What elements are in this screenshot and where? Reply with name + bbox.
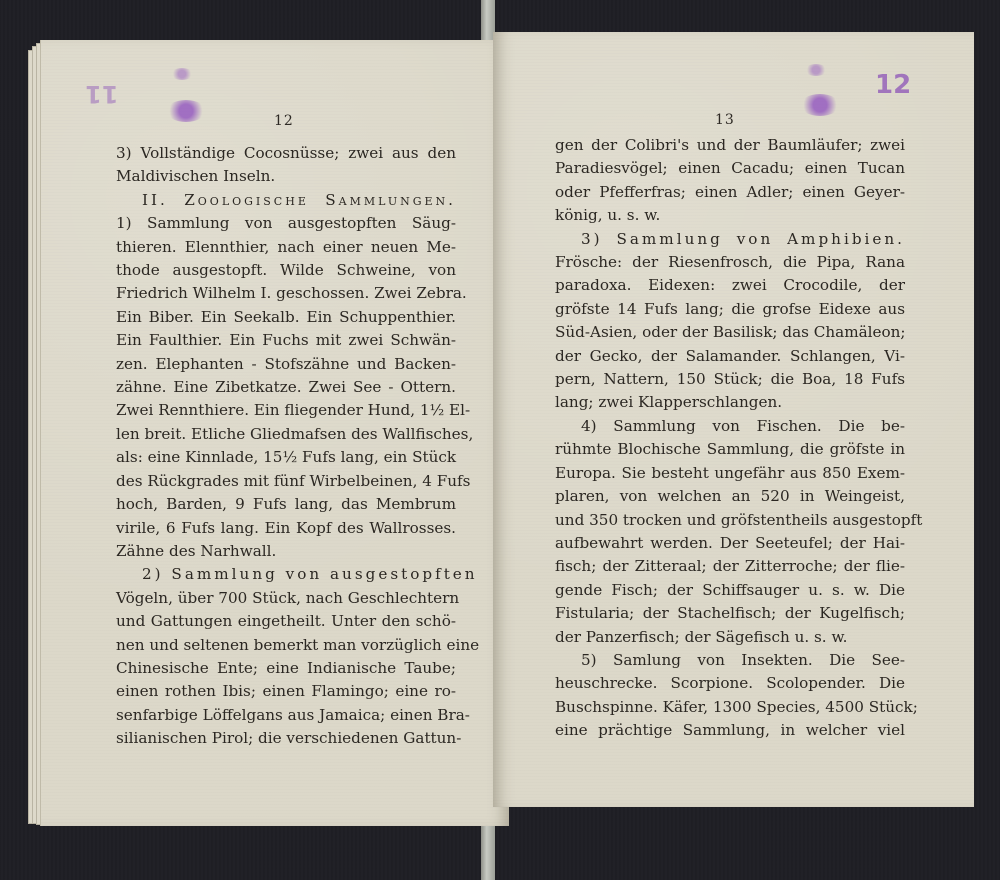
- text-line: rühmte Blochische Sammlung, die gröfste …: [555, 438, 905, 461]
- page-number-right: 13: [715, 112, 735, 128]
- text-line: silianischen Pirol; die verschiedenen Ga…: [116, 727, 456, 750]
- left-page: 11 12 3) Vollständige Cocosnüsse; zwei a…: [40, 40, 509, 826]
- text-line: Friedrich Wilhelm I. geschossen. Zwei Ze…: [116, 282, 456, 305]
- text-line: und 350 trocken und gröfstentheils ausge…: [555, 509, 905, 532]
- text-line: nen und seltenen bemerkt man vorzüglich …: [116, 634, 456, 657]
- text-line: einen rothen Ibis; einen Flamingo; eine …: [116, 680, 456, 703]
- text-line: gende Fisch; der Schiffsauger u. s. w. D…: [555, 579, 905, 602]
- text-line: 3) Sammlung von Amphibien.: [555, 228, 905, 251]
- text-line: 2) Sammlung von ausgestopften: [116, 563, 456, 586]
- page-number-left: 12: [274, 113, 294, 129]
- text-line: gröfste 14 Fufs lang; die grofse Eidexe …: [555, 298, 905, 321]
- text-line: Europa. Sie besteht ungefähr aus 850 Exe…: [555, 462, 905, 485]
- text-line: Ein Faulthier. Ein Fuchs mit zwei Schwän…: [116, 329, 456, 352]
- text-line: zähne. Eine Zibetkatze. Zwei See - Otter…: [116, 376, 456, 399]
- text-line: der Gecko, der Salamander. Schlangen, Vi…: [555, 345, 905, 368]
- section-heading: II. Zoologische Sammlungen.: [116, 189, 456, 212]
- text-line: 1) Sammlung von ausgestopften Säug-: [116, 212, 456, 235]
- ink-blot: [800, 94, 840, 116]
- text-line: virile, 6 Fufs lang. Ein Kopf des Wallro…: [116, 517, 456, 540]
- text-line: gen der Colibri's und der Baumläufer; zw…: [555, 134, 905, 157]
- text-line: paradoxa. Eidexen: zwei Crocodile, der: [555, 274, 905, 297]
- text-line: fisch; der Zitteraal; der Zitterroche; d…: [555, 555, 905, 578]
- text-line: Paradiesvögel; einen Cacadu; einen Tucan: [555, 157, 905, 180]
- text-line: Fistularia; der Stachelfisch; der Kugelf…: [555, 602, 905, 625]
- text-line: plaren, von welchen an 520 in Weingeist,: [555, 485, 905, 508]
- left-page-text: 3) Vollständige Cocosnüsse; zwei aus den…: [116, 142, 456, 751]
- text-line: Buschspinne. Käfer, 1300 Species, 4500 S…: [555, 696, 905, 719]
- text-line: Süd-Asien, oder der Basilisk; das Chamäl…: [555, 321, 905, 344]
- text-line: aufbewahrt werden. Der Seeteufel; der Ha…: [555, 532, 905, 555]
- text-line: 3) Vollständige Cocosnüsse; zwei aus den: [116, 142, 456, 165]
- text-line: Chinesische Ente; eine Indianische Taube…: [116, 657, 456, 680]
- text-line: len breit. Etliche Gliedmafsen des Wallf…: [116, 423, 456, 446]
- text-line: des Rückgrades mit fünf Wirbelbeinen, 4 …: [116, 470, 456, 493]
- text-line: senfarbige Löffelgans aus Jamaica; einen…: [116, 704, 456, 727]
- library-stamp-right: 12: [875, 70, 911, 100]
- text-line: thode ausgestopft. Wilde Schweine, von: [116, 259, 456, 282]
- right-page: 12 13 gen der Colibri's und der Baumläuf…: [493, 32, 974, 807]
- text-line: Ein Biber. Ein Seekalb. Ein Schuppenthie…: [116, 306, 456, 329]
- ink-blot: [171, 68, 193, 80]
- right-page-text: gen der Colibri's und der Baumläufer; zw…: [555, 134, 905, 743]
- text-line: eine prächtige Sammlung, in welcher viel: [555, 719, 905, 742]
- text-line: 5) Samlung von Insekten. Die See-: [555, 649, 905, 672]
- text-line: Zwei Rennthiere. Ein fliegender Hund, 1½…: [116, 399, 456, 422]
- library-stamp-left: 11: [85, 80, 118, 108]
- text-line: Frösche: der Riesenfrosch, die Pipa, Ran…: [555, 251, 905, 274]
- text-line: 4) Sammlung von Fischen. Die be-: [555, 415, 905, 438]
- text-line: der Panzerfisch; der Sägefisch u. s. w.: [555, 626, 905, 649]
- text-line: hoch, Barden, 9 Fufs lang, das Membrum: [116, 493, 456, 516]
- text-line: Zähne des Narhwall.: [116, 540, 456, 563]
- text-line: als: eine Kinnlade, 15½ Fufs lang, ein S…: [116, 446, 456, 469]
- text-line: Maldivischen Inseln.: [116, 165, 456, 188]
- text-line: und Gattungen eingetheilt. Unter den sch…: [116, 610, 456, 633]
- text-line: könig, u. s. w.: [555, 204, 905, 227]
- text-line: pern, Nattern, 150 Stück; die Boa, 18 Fu…: [555, 368, 905, 391]
- text-line: heuschrecke. Scorpione. Scolopender. Die: [555, 672, 905, 695]
- text-line: thieren. Elennthier, nach einer neuen Me…: [116, 236, 456, 259]
- text-line: zen. Elephanten - Stofszähne und Backen-: [116, 353, 456, 376]
- ink-blot: [166, 100, 206, 122]
- text-line: oder Pfefferfras; einen Adler; einen Gey…: [555, 181, 905, 204]
- text-line: lang; zwei Klapperschlangen.: [555, 391, 905, 414]
- text-line: Vögeln, über 700 Stück, nach Geschlechte…: [116, 587, 456, 610]
- ink-blot: [805, 64, 827, 76]
